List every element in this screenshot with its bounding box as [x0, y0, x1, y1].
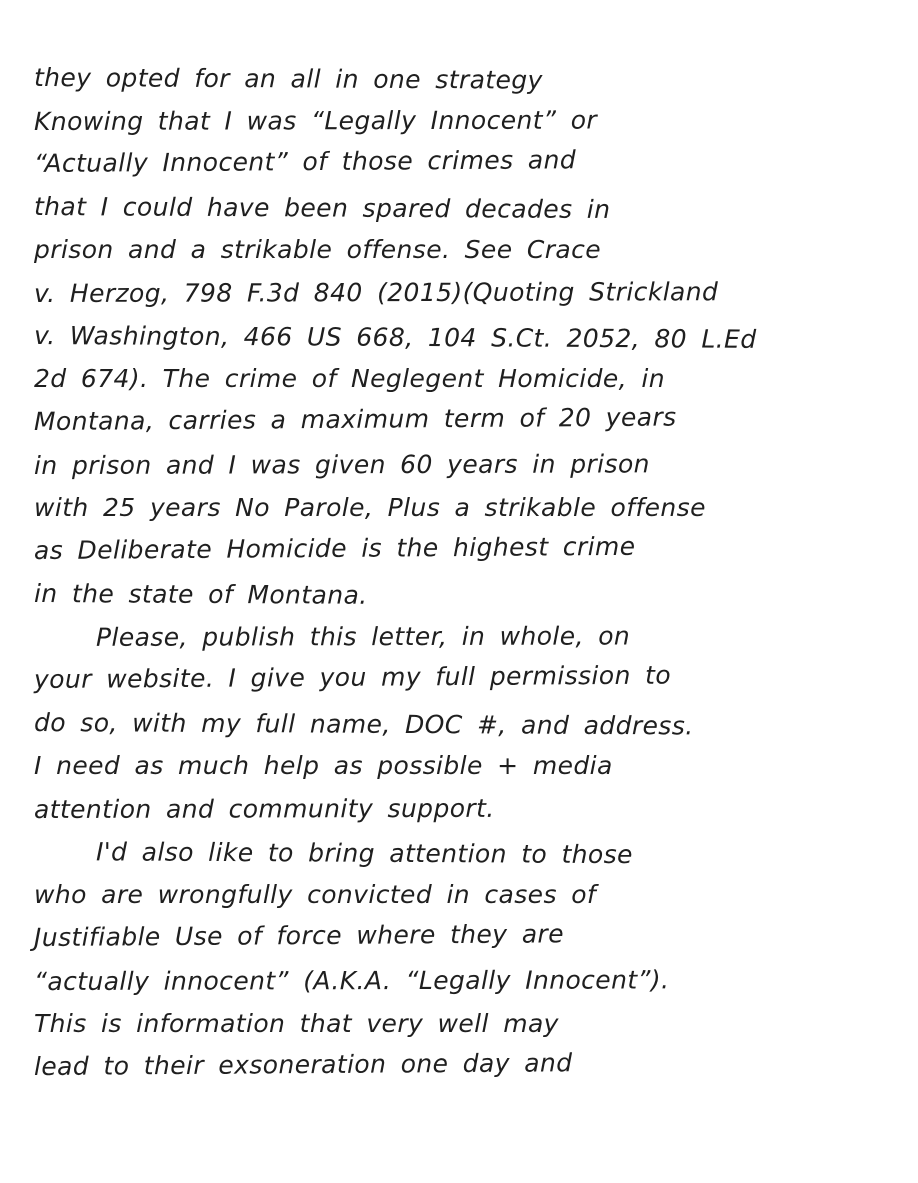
- handwritten-line: they opted for an all in one strategy: [34, 56, 904, 104]
- handwritten-line: Justifiable Use of force where they are: [34, 910, 904, 959]
- handwritten-line: with 25 years No Parole, Plus a strikabl…: [34, 486, 904, 529]
- handwritten-line: lead to their exsoneration one day and: [34, 1039, 904, 1088]
- handwritten-line: attention and community support.: [34, 786, 904, 831]
- handwritten-line: as Deliberate Homicide is the highest cr…: [34, 523, 904, 572]
- handwritten-line: “actually innocent” (A.K.A. “Legally Inn…: [34, 958, 904, 1003]
- handwritten-line: in the state of Montana.: [34, 572, 904, 620]
- handwritten-line: This is information that very well may: [34, 1002, 904, 1045]
- handwritten-line: I need as much help as possible + media: [34, 744, 904, 787]
- handwritten-line: do so, with my full name, DOC #, and add…: [34, 701, 904, 749]
- handwritten-line: your website. I give you my full permiss…: [34, 652, 904, 701]
- handwritten-line: that I could have been spared decades in: [34, 185, 904, 233]
- handwritten-line: prison and a strikable offense. See Crac…: [34, 228, 904, 271]
- handwritten-line: I'd also like to bring attention to thos…: [34, 830, 904, 878]
- handwritten-line: v. Washington, 466 US 668, 104 S.Ct. 205…: [34, 314, 904, 362]
- handwritten-line: in prison and I was given 60 years in pr…: [34, 442, 904, 487]
- handwritten-line: v. Herzog, 798 F.3d 840 (2015)(Quoting S…: [34, 270, 904, 315]
- handwritten-line: “Actually Innocent” of those crimes and: [34, 136, 904, 185]
- letter-page: they opted for an all in one strategy Kn…: [0, 0, 918, 1183]
- handwritten-line: Montana, carries a maximum term of 20 ye…: [34, 394, 904, 443]
- handwritten-line: who are wrongfully convicted in cases of: [34, 873, 904, 916]
- handwritten-line: 2d 674). The crime of Neglegent Homicide…: [34, 357, 904, 400]
